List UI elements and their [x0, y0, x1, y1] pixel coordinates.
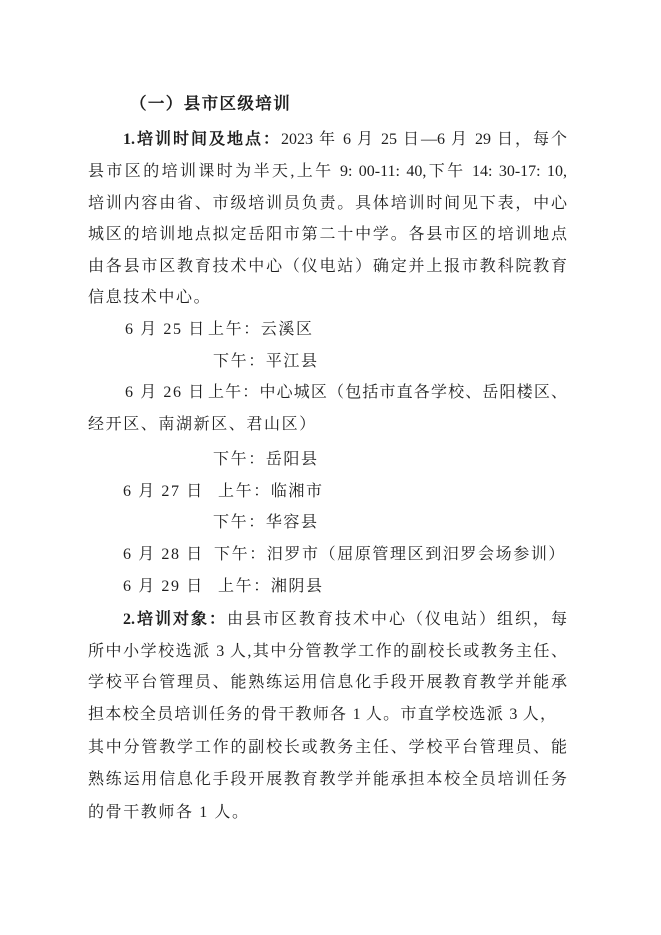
schedule-entry: 下午：岳阳县 — [213, 449, 319, 471]
schedule-location-continuation: 经开区、南湖新区、君山区） — [88, 414, 317, 436]
schedule-entry: 下午：华容县 — [213, 512, 319, 534]
schedule-entry: 上午：云溪区 — [208, 319, 314, 341]
paragraph-line: 培训内容由省、市级培训员负责。具体培训时间见下表，中心 — [88, 193, 567, 215]
paragraph-line: 1.培训时间及地点：2023 年 6 月 25 日—6 月 29 日，每个 — [123, 129, 567, 151]
schedule-period: 下午： — [213, 353, 266, 370]
schedule-date: 6 月 26 日 — [125, 382, 206, 404]
schedule-location: 湘阴县 — [271, 578, 324, 595]
schedule-entry: 上午：临湘市 — [218, 481, 324, 503]
schedule-entry: 下午：平江县 — [213, 351, 319, 373]
paragraph-line: 城区的培训地点拟定岳阳市第二十中学。各县市区的培训地点 — [88, 224, 567, 246]
schedule-location: 平江县 — [266, 353, 319, 370]
paragraph-line: 所中小学校选派 3 人,其中分管教学工作的副校长或教务主任、 — [88, 641, 567, 663]
schedule-period: 上午： — [218, 578, 271, 595]
paragraph-line: 信息技术中心。 — [88, 287, 211, 309]
paragraph-line: 熟练运用信息化手段开展教育教学并能承担本校全员培训任务 — [88, 769, 567, 791]
schedule-location: 岳阳县 — [266, 451, 319, 468]
schedule-period: 下午： — [214, 546, 267, 563]
schedule-period: 下午： — [213, 514, 266, 531]
schedule-date: 6 月 25 日 — [125, 319, 206, 341]
paragraph-line: 2.培训对象：由县市区教育技术中心（仪电站）组织，每 — [123, 609, 567, 631]
schedule-period: 下午： — [213, 451, 266, 468]
schedule-location: 华容县 — [266, 514, 319, 531]
schedule-date: 6 月 29 日 — [123, 576, 204, 598]
schedule-location: 云溪区 — [261, 321, 314, 338]
item-text: 由县市区教育技术中心（仪电站）组织，每 — [227, 611, 567, 628]
paragraph-line: 学校平台管理员、能熟练运用信息化手段开展教育教学并能承 — [88, 672, 567, 694]
schedule-location: 汨罗市（屈原管理区到汨罗会场参训） — [267, 546, 566, 563]
paragraph-line: 由各县市区教育技术中心（仪电站）确定并上报市教科院教育 — [88, 256, 567, 278]
schedule-entry: 上午：湘阴县 — [218, 576, 324, 598]
document-page: （一）县市区级培训 1.培训时间及地点：2023 年 6 月 25 日—6 月 … — [0, 0, 661, 935]
item-label: 2.培训对象： — [123, 611, 227, 628]
schedule-location: 中心城区（包括市直各学校、岳阳楼区、 — [259, 384, 567, 401]
paragraph-line: 县市区的培训课时为半天,上午 9: 00-11: 40,下午 14: 30-17… — [88, 161, 567, 183]
schedule-date: 6 月 27 日 — [123, 481, 204, 503]
schedule-period: 上午： — [218, 483, 271, 500]
schedule-period: 上午： — [208, 321, 261, 338]
schedule-entry: 下午：汨罗市（屈原管理区到汨罗会场参训） — [214, 544, 566, 566]
schedule-entry: 上午：中心城区（包括市直各学校、岳阳楼区、 — [208, 382, 567, 404]
schedule-date: 6 月 28 日 — [123, 544, 204, 566]
paragraph-line: 的骨干教师各 1 人。 — [88, 802, 250, 824]
item-text: 2023 年 6 月 25 日—6 月 29 日，每个 — [281, 131, 567, 148]
schedule-location: 临湘市 — [271, 483, 324, 500]
paragraph-line: 担本校全员培训任务的骨干教师各 1 人。市直学校选派 3 人， — [88, 704, 556, 726]
section-heading: （一）县市区级培训 — [130, 93, 291, 115]
item-label: 1.培训时间及地点： — [123, 131, 281, 148]
schedule-period: 上午： — [208, 384, 259, 401]
paragraph-line: 其中分管教学工作的副校长或教务主任、学校平台管理员、能 — [88, 737, 567, 759]
